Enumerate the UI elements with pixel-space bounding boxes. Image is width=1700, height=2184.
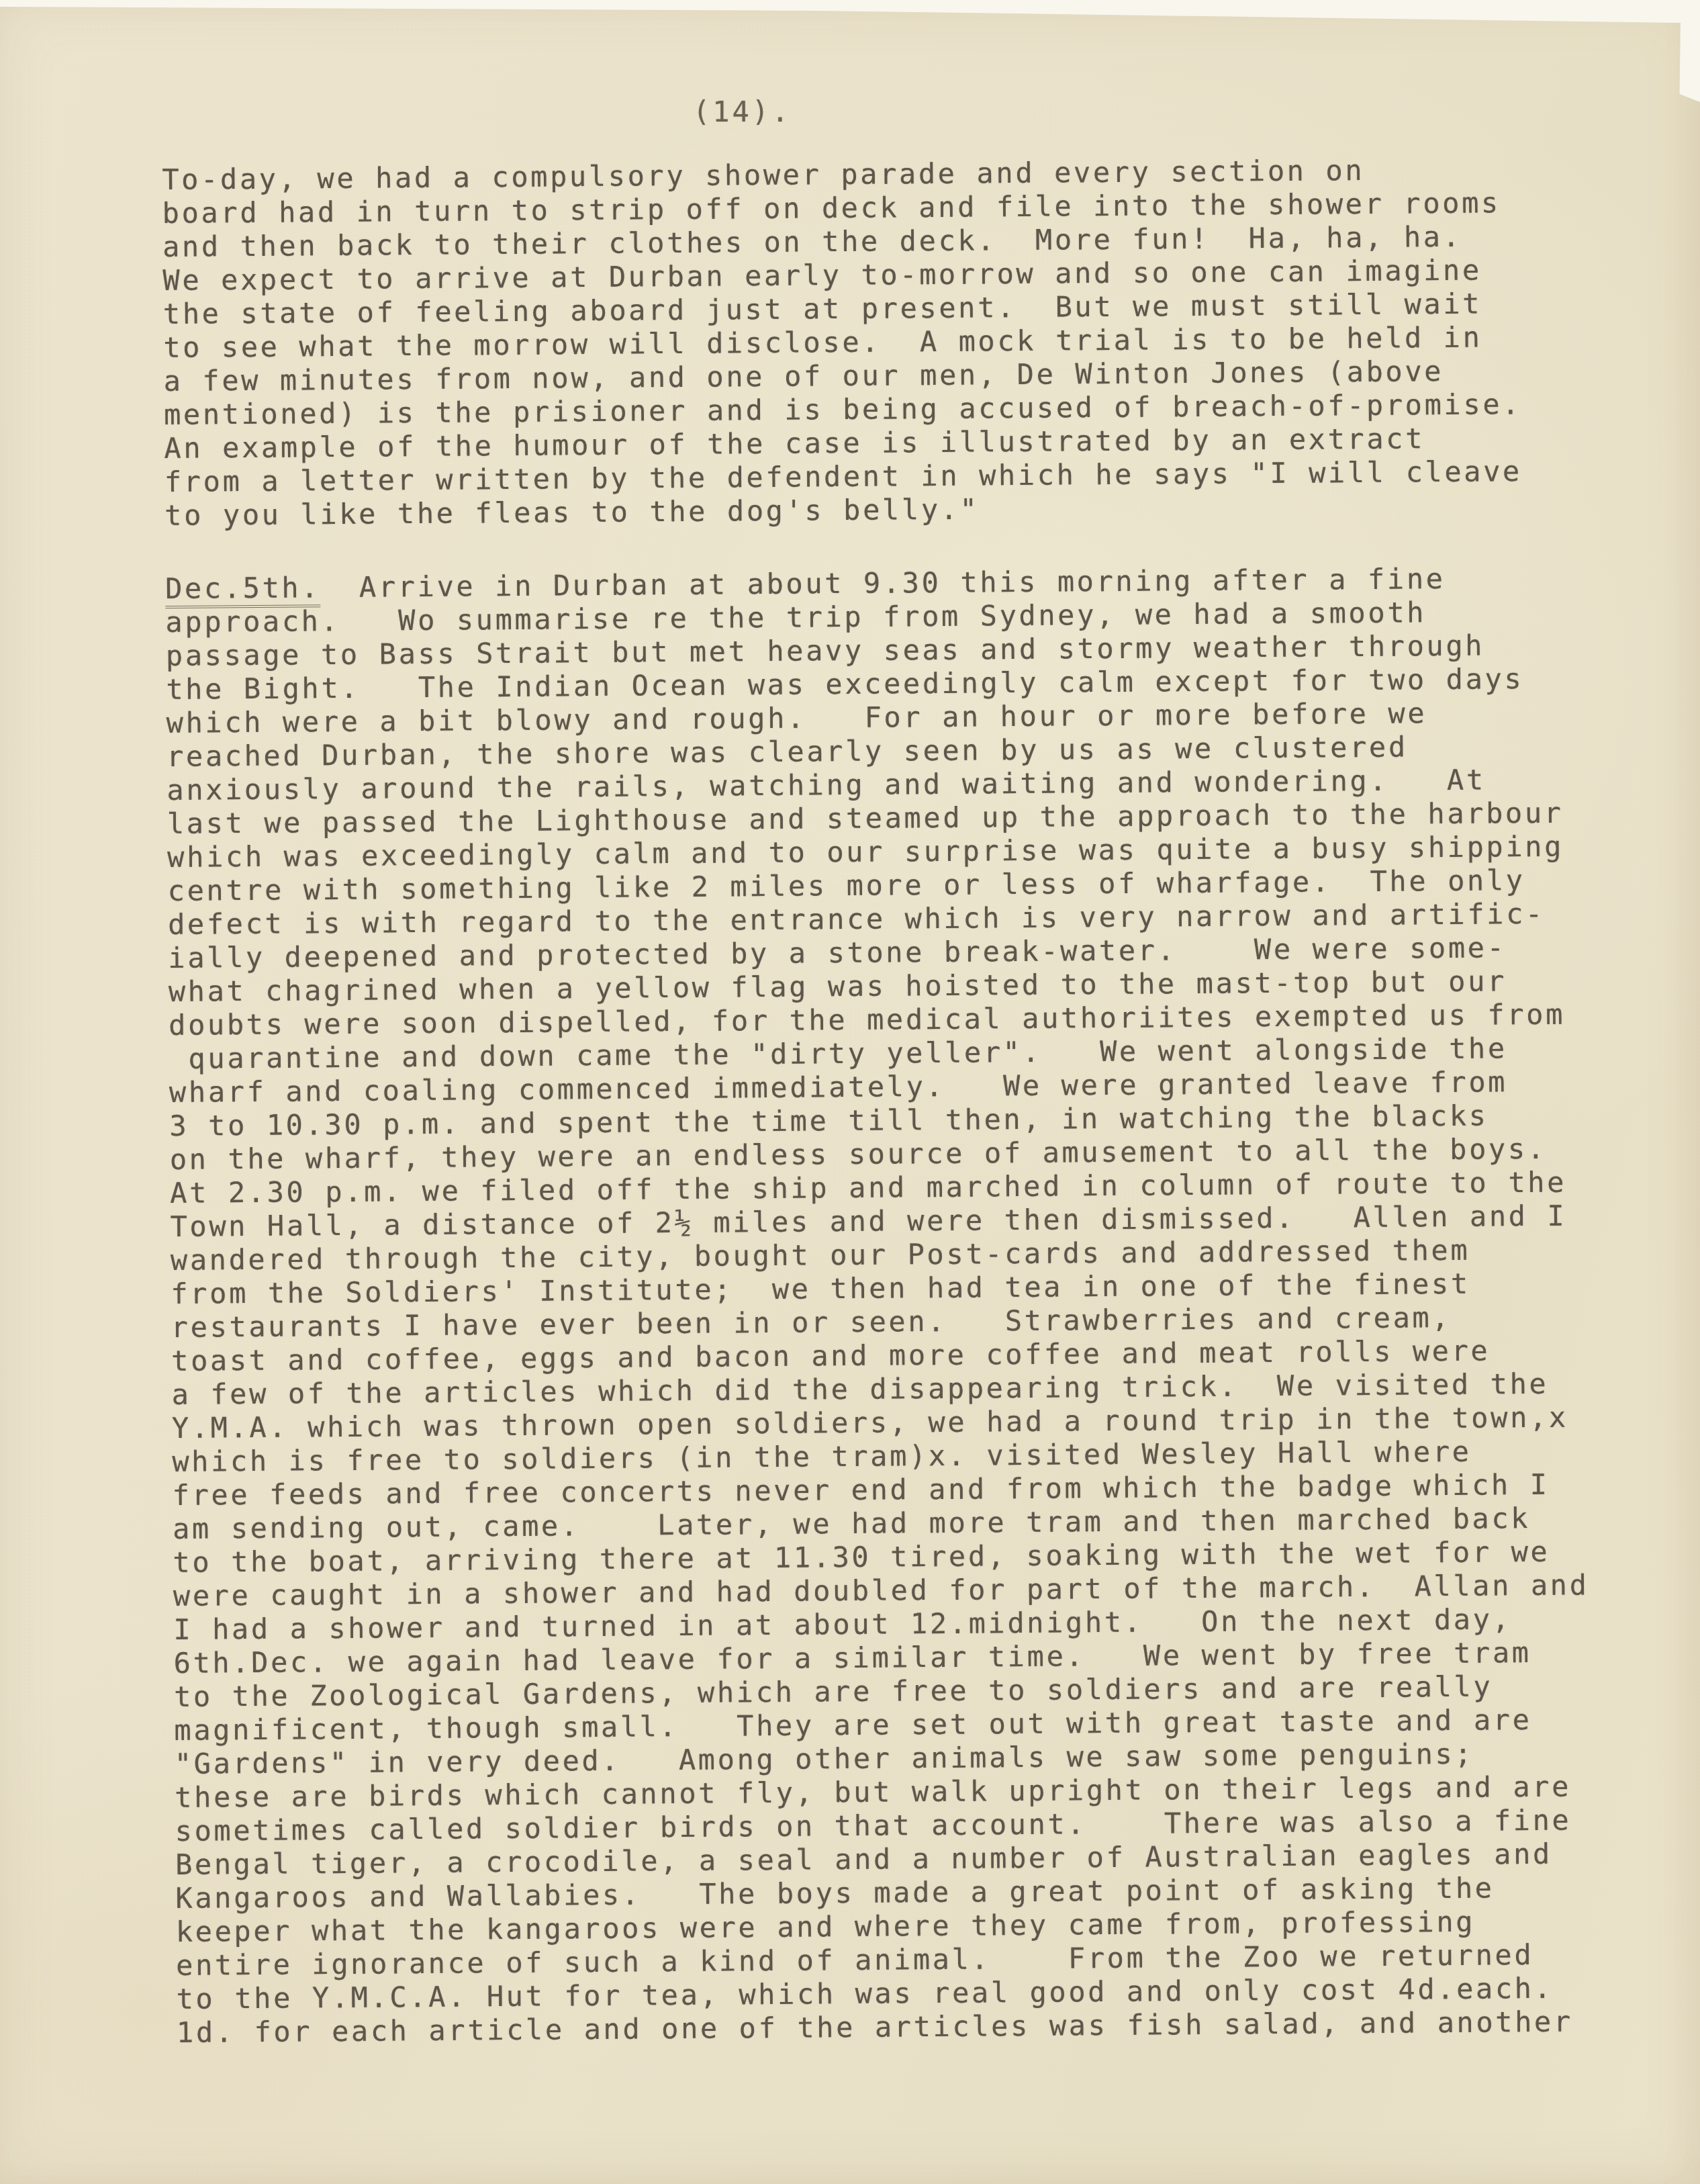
paragraph-1: To-day, we had a compulsory shower parad…	[162, 152, 1522, 533]
typed-text: To-day, we had a compulsory shower parad…	[160, 0, 1654, 2184]
paper-sheet: (14). To-day, we had a compulsory shower…	[0, 0, 1700, 2184]
paragraph-2: Dec.5th. Arrive in Durban at about 9.30 …	[165, 561, 1593, 2049]
scanned-page: (14). To-day, we had a compulsory shower…	[0, 0, 1700, 2184]
date-heading: Dec.5th.	[165, 571, 321, 608]
paragraph-2-lines: approach. Wo summarise re the trip from …	[165, 594, 1593, 2049]
